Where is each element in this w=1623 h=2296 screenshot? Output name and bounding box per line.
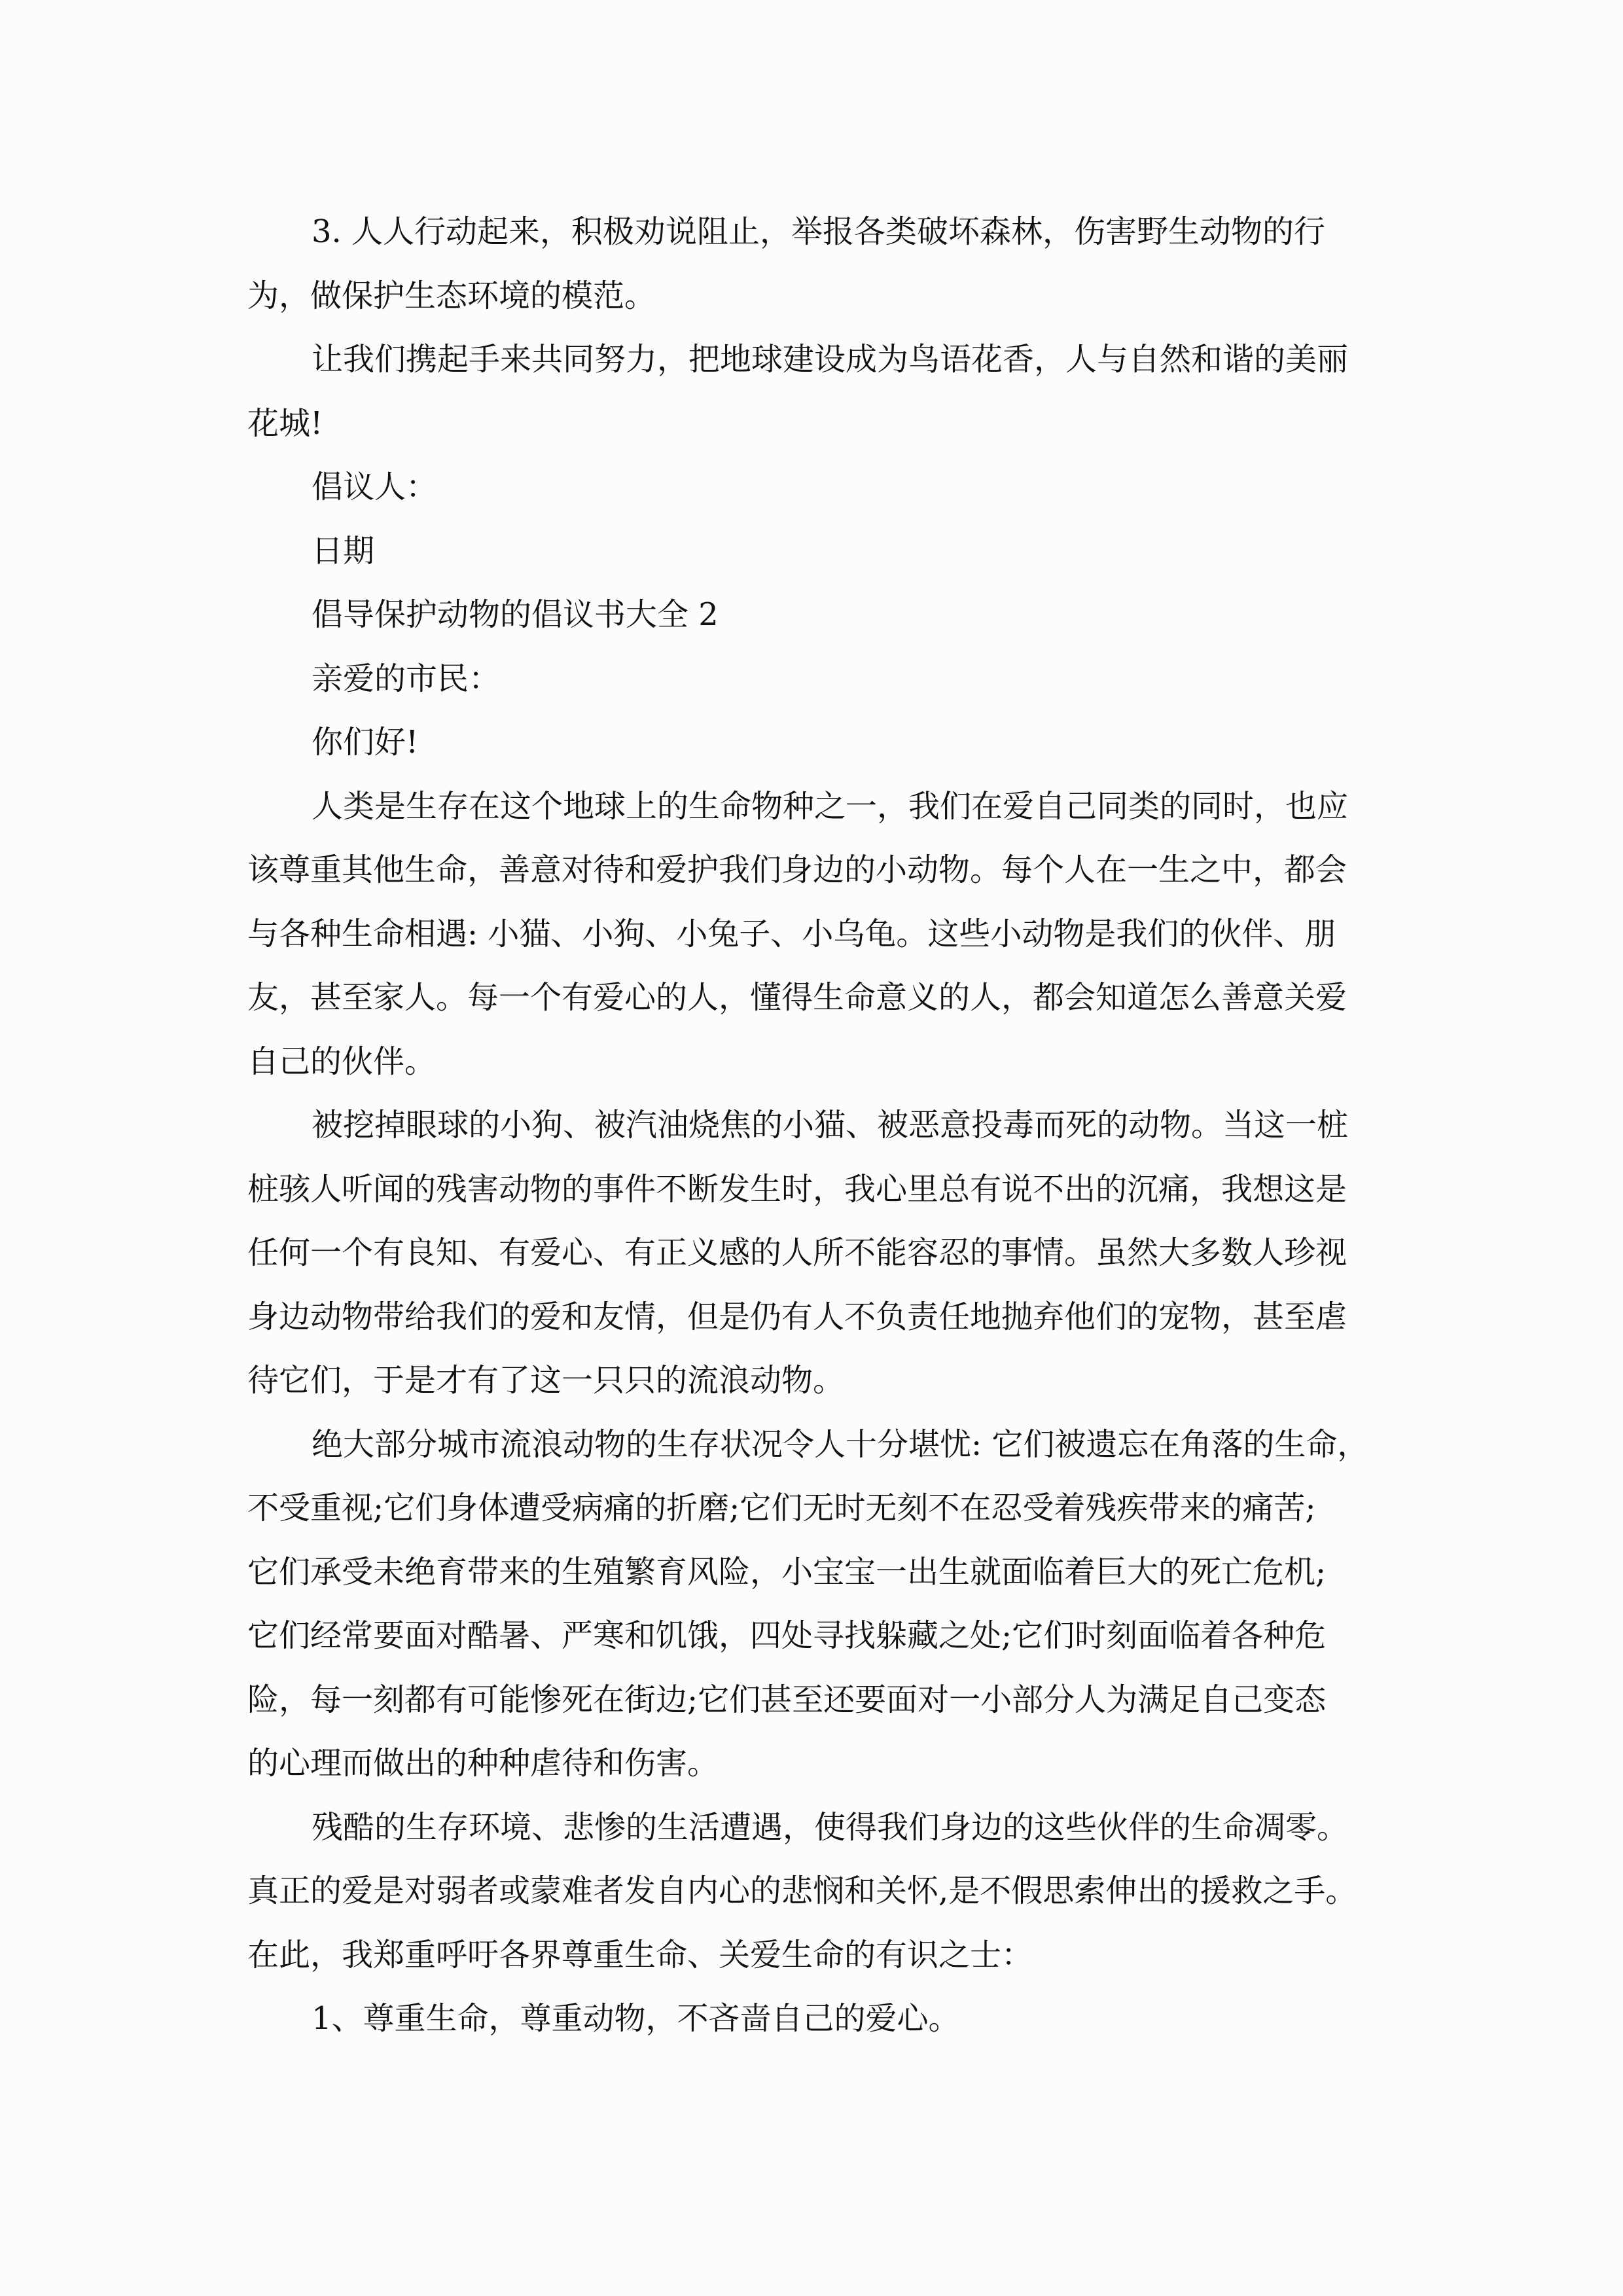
document-body: 3. 人人行动起来，积极劝说阻止，举报各类破坏森林，伤害野生动物的行 为，做保护… [247,200,1386,2051]
salutation: 亲爱的市民： [247,647,1386,711]
document-page: 3. 人人行动起来，积极劝说阻止，举报各类破坏森林，伤害野生动物的行 为，做保护… [0,0,1623,2296]
text-line: 为，做保护生态环境的模范。 [247,264,1386,329]
paragraph-2-line: 被挖掉眼球的小狗、被汽油烧焦的小猫、被恶意投毒而死的动物。当这一桩 [247,1094,1386,1158]
section-title: 倡导保护动物的倡议书大全 2 [247,583,1386,647]
paragraph-3-line: 的心理而做出的种种虐待和伤害。 [247,1732,1386,1796]
text-line: 花城! [247,392,1386,456]
list-item-1: 1、尊重生命，尊重动物，不吝啬自己的爱心。 [247,1987,1386,2051]
paragraph-2-line: 身边动物带给我们的爱和友情，但是仍有人不负责任地抛弃他们的宠物，甚至虐 [247,1285,1386,1350]
text-line-proposal-3: 3. 人人行动起来，积极劝说阻止，举报各类破坏森林，伤害野生动物的行 [247,200,1386,264]
paragraph-3-line: 绝大部分城市流浪动物的生存状况令人十分堪忧: 它们被遗忘在角落的生命， [247,1413,1386,1477]
paragraph-1-line: 自己的伙伴。 [247,1030,1386,1094]
paragraph-1-line: 该尊重其他生命，善意对待和爱护我们身边的小动物。每个人在一生之中，都会 [247,838,1386,903]
paragraph-4-line: 残酷的生存环境、悲惨的生活遭遇，使得我们身边的这些伙伴的生命凋零。 [247,1796,1386,1860]
paragraph-4-line: 真正的爱是对弱者或蒙难者发自内心的悲悯和关怀,是不假思索伸出的援救之手。 [247,1859,1386,1924]
paragraph-4-line: 在此，我郑重呼吁各界尊重生命、关爱生命的有识之士： [247,1924,1386,1988]
text-line-closing-appeal: 让我们携起手来共同努力，把地球建设成为鸟语花香，人与自然和谐的美丽 [247,328,1386,392]
paragraph-3-line: 它们经常要面对酷暑、严寒和饥饿，四处寻找躲藏之处;它们时刻面临着各种危 [247,1604,1386,1668]
greeting: 你们好! [247,711,1386,775]
paragraph-3-line: 它们承受未绝育带来的生殖繁育风险，小宝宝一出生就面临着巨大的死亡危机; [247,1541,1386,1605]
paragraph-2-line: 桩骇人听闻的残害动物的事件不断发生时，我心里总有说不出的沉痛，我想这是 [247,1158,1386,1222]
paragraph-3-line: 险，每一刻都有可能惨死在街边;它们甚至还要面对一小部分人为满足自己变态 [247,1668,1386,1732]
date-label: 日期 [247,520,1386,584]
paragraph-1-line: 人类是生存在这个地球上的生命物种之一，我们在爱自己同类的同时，也应 [247,775,1386,839]
paragraph-2-line: 待它们，于是才有了这一只只的流浪动物。 [247,1349,1386,1413]
paragraph-1-line: 与各种生命相遇: 小猫、小狗、小兔子、小乌龟。这些小动物是我们的伙伴、朋 [247,903,1386,967]
paragraph-3-line: 不受重视;它们身体遭受病痛的折磨;它们无时无刻不在忍受着残疾带来的痛苦; [247,1477,1386,1541]
paragraph-1-line: 友，甚至家人。每一个有爱心的人，懂得生命意义的人，都会知道怎么善意关爱 [247,966,1386,1030]
paragraph-2-line: 任何一个有良知、有爱心、有正义感的人所不能容忍的事情。虽然大多数人珍视 [247,1221,1386,1285]
proposer-label: 倡议人： [247,456,1386,520]
